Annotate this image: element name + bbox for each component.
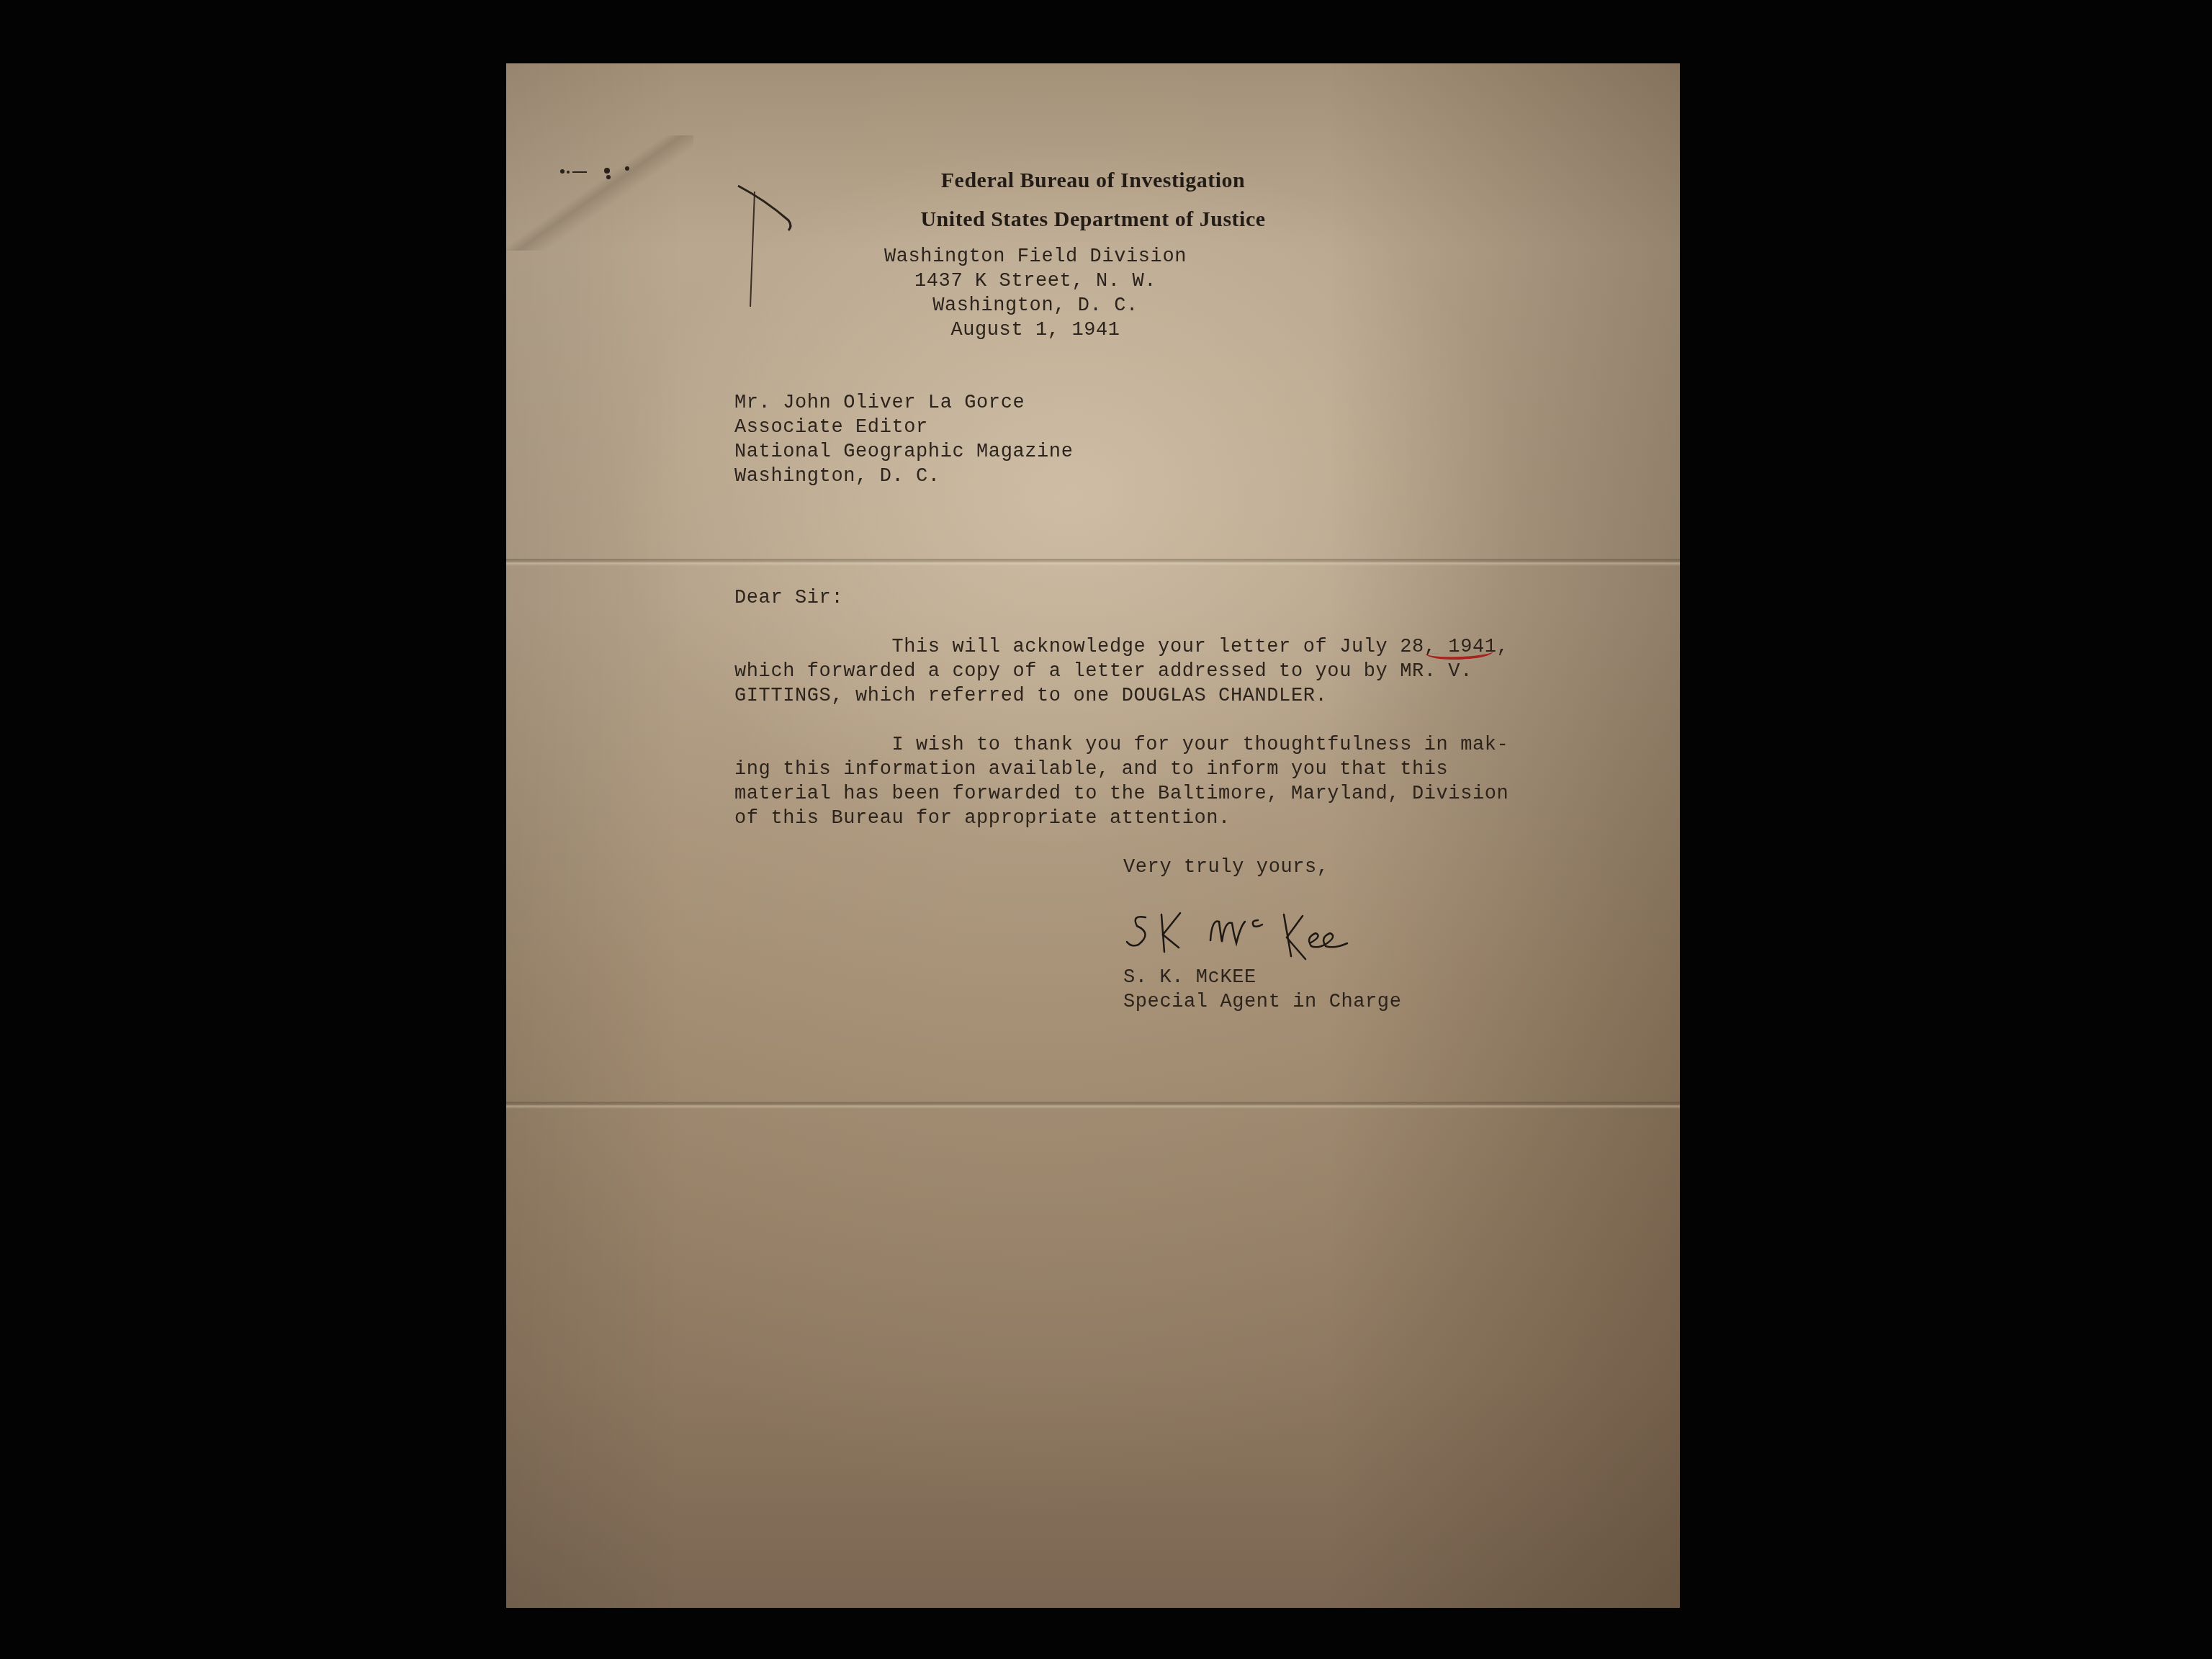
paragraph-line: of this Bureau for appropriate attention…: [734, 806, 1231, 831]
paragraph-line: material has been forwarded to the Balti…: [734, 782, 1509, 806]
salutation: Dear Sir:: [734, 586, 843, 611]
paragraph-line: which forwarded a copy of a letter addre…: [734, 660, 1473, 684]
paragraph-line: GITTINGS, which referred to one DOUGLAS …: [734, 684, 1327, 709]
paragraph-line: ing this information available, and to i…: [734, 757, 1448, 782]
letter-paper: Federal Bureau of Investigation United S…: [506, 63, 1680, 1608]
recipient-city: Washington, D. C.: [734, 464, 940, 489]
fold-line-upper: [506, 559, 1680, 566]
signer-name: S. K. McKEE: [1123, 966, 1256, 990]
letterhead-division: Washington Field Division: [506, 245, 1565, 269]
fold-line-lower: [506, 1102, 1680, 1109]
letterhead-agency: Federal Bureau of Investigation: [506, 168, 1680, 193]
recipient-organization: National Geographic Magazine: [734, 440, 1073, 464]
letterhead-department: United States Department of Justice: [506, 207, 1680, 232]
letter-date: August 1, 1941: [506, 318, 1565, 343]
recipient-name: Mr. John Oliver La Gorce: [734, 391, 1025, 415]
handwritten-signature: [1124, 904, 1412, 962]
signer-title: Special Agent in Charge: [1123, 990, 1401, 1015]
closing: Very truly yours,: [1123, 855, 1329, 880]
paragraph-line: I wish to thank you for your thoughtfuln…: [734, 733, 1509, 757]
recipient-title: Associate Editor: [734, 415, 928, 440]
letterhead-city: Washington, D. C.: [506, 294, 1565, 318]
paragraph-line: This will acknowledge your letter of Jul…: [734, 635, 1509, 660]
letterhead-street: 1437 K Street, N. W.: [506, 269, 1565, 294]
